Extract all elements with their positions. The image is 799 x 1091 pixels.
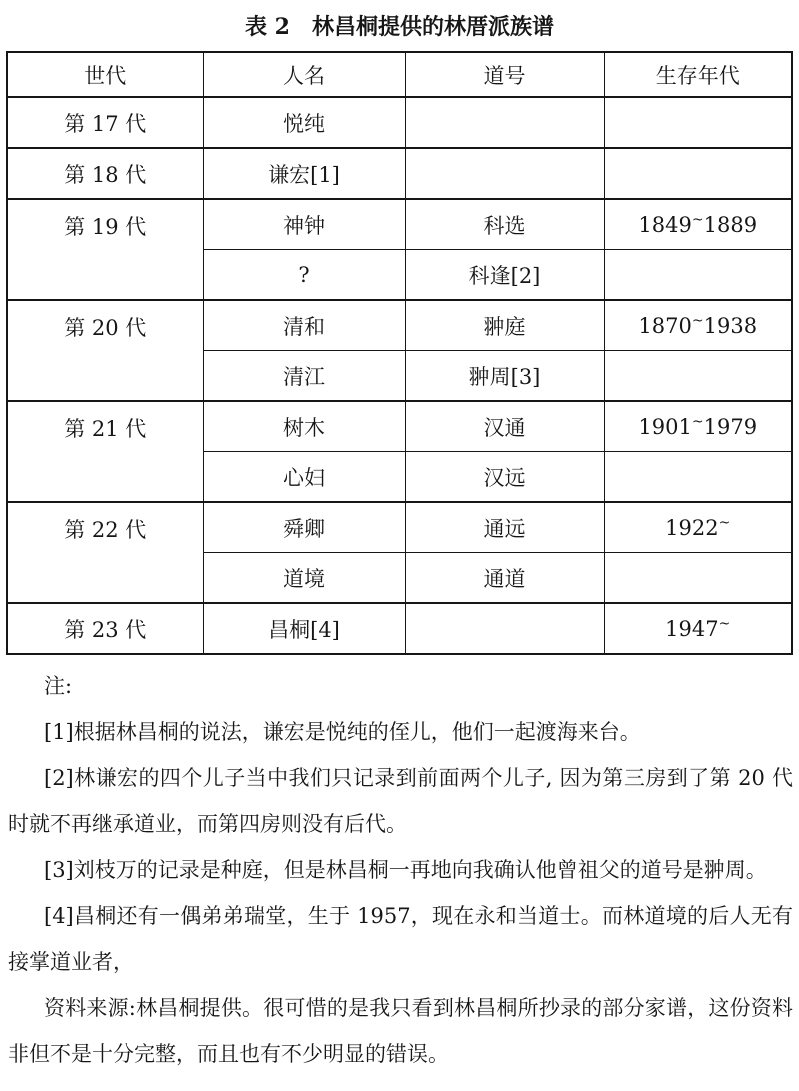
table-row-gen18: 第 18 代 谦宏[1]: [7, 148, 792, 199]
note-paragraph-2: [2]林谦宏的四个儿子当中我们只记录到前面两个儿子, 因为第三房到了第 20 代…: [8, 755, 793, 847]
col-header-lifespan: 生存年代: [604, 52, 792, 97]
note-label: 注:: [8, 663, 793, 709]
name-cell: 心妇: [203, 452, 405, 503]
generation-cell: 第 21 代: [7, 401, 203, 502]
note-paragraph-3: [3]刘枝万的记录是种庭，但是林昌桐一再地向我确认他曾祖父的道号是翀周。: [8, 847, 793, 893]
table-row-gen19-a: 第 19 代 神钟 科选 1849~1889: [7, 199, 792, 250]
generation-cell: 第 19 代: [7, 199, 203, 300]
source-note: 资料来源:林昌桐提供。很可惜的是我只看到林昌桐所抄录的部分家谱，这份资料非但不是…: [8, 985, 793, 1077]
name-cell: 谦宏[1]: [203, 148, 405, 199]
generation-cell: 第 17 代: [7, 97, 203, 148]
generation-cell: 第 18 代: [7, 148, 203, 199]
name-cell: 舜卿: [203, 502, 405, 553]
daohao-cell: 翀庭: [405, 300, 604, 351]
lifespan-cell: [604, 351, 792, 402]
lifespan-cell: [604, 553, 792, 604]
tilde-glyph: ~: [692, 212, 704, 228]
table-row-gen22-a: 第 22 代 舜卿 通远 1922~: [7, 502, 792, 553]
note-paragraph-4: [4]昌桐还有一偶弟弟瑞堂，生于 1957，现在永和当道士。而林道境的后人无有接…: [8, 893, 793, 985]
lifespan-cell: 1849~1889: [604, 199, 792, 250]
col-header-name: 人名: [203, 52, 405, 97]
generation-cell: 第 22 代: [7, 502, 203, 603]
name-cell: ?: [203, 250, 405, 301]
generation-cell: 第 20 代: [7, 300, 203, 401]
notes-section: 注: [1]根据林昌桐的说法，谦宏是悦纯的侄儿，他们一起渡海来台。 [2]林谦宏…: [8, 663, 793, 1077]
generation-cell: 第 23 代: [7, 603, 203, 654]
tilde-glyph: ~: [719, 515, 731, 531]
genealogy-table: 世代 人名 道号 生存年代 第 17 代 悦纯 第 18 代 谦宏[1] 第 1…: [6, 51, 793, 655]
lifespan-cell: 1901~1979: [604, 401, 792, 452]
daohao-cell: [405, 603, 604, 654]
page-title: 表 2 林昌桐提供的林厝派族谱: [0, 0, 799, 41]
name-cell: 清江: [203, 351, 405, 402]
col-header-daohao: 道号: [405, 52, 604, 97]
daohao-cell: 翀周[3]: [405, 351, 604, 402]
daohao-cell: 汉远: [405, 452, 604, 503]
note-paragraph-1: [1]根据林昌桐的说法，谦宏是悦纯的侄儿，他们一起渡海来台。: [8, 709, 793, 755]
daohao-cell: 通道: [405, 553, 604, 604]
daohao-cell: 汉通: [405, 401, 604, 452]
table-row-gen23: 第 23 代 昌桐[4] 1947~: [7, 603, 792, 654]
table-row-gen21-a: 第 21 代 树木 汉通 1901~1979: [7, 401, 792, 452]
lifespan-cell: 1870~1938: [604, 300, 792, 351]
daohao-cell: [405, 148, 604, 199]
table-row-gen17: 第 17 代 悦纯: [7, 97, 792, 148]
name-cell: 神钟: [203, 199, 405, 250]
daohao-cell: 科逢[2]: [405, 250, 604, 301]
name-cell: 树木: [203, 401, 405, 452]
tilde-glyph: ~: [692, 313, 704, 329]
name-cell: 悦纯: [203, 97, 405, 148]
name-cell: 昌桐[4]: [203, 603, 405, 654]
lifespan-cell: 1947~: [604, 603, 792, 654]
table-row-gen20-a: 第 20 代 清和 翀庭 1870~1938: [7, 300, 792, 351]
tilde-glyph: ~: [692, 414, 704, 430]
daohao-cell: [405, 97, 604, 148]
name-cell: 清和: [203, 300, 405, 351]
lifespan-cell: [604, 452, 792, 503]
col-header-generation: 世代: [7, 52, 203, 97]
tilde-glyph: ~: [719, 616, 731, 632]
table-header-row: 世代 人名 道号 生存年代: [7, 52, 792, 97]
name-cell: 道境: [203, 553, 405, 604]
lifespan-cell: [604, 97, 792, 148]
lifespan-cell: [604, 250, 792, 301]
daohao-cell: 通远: [405, 502, 604, 553]
lifespan-cell: [604, 148, 792, 199]
lifespan-cell: 1922~: [604, 502, 792, 553]
daohao-cell: 科选: [405, 199, 604, 250]
